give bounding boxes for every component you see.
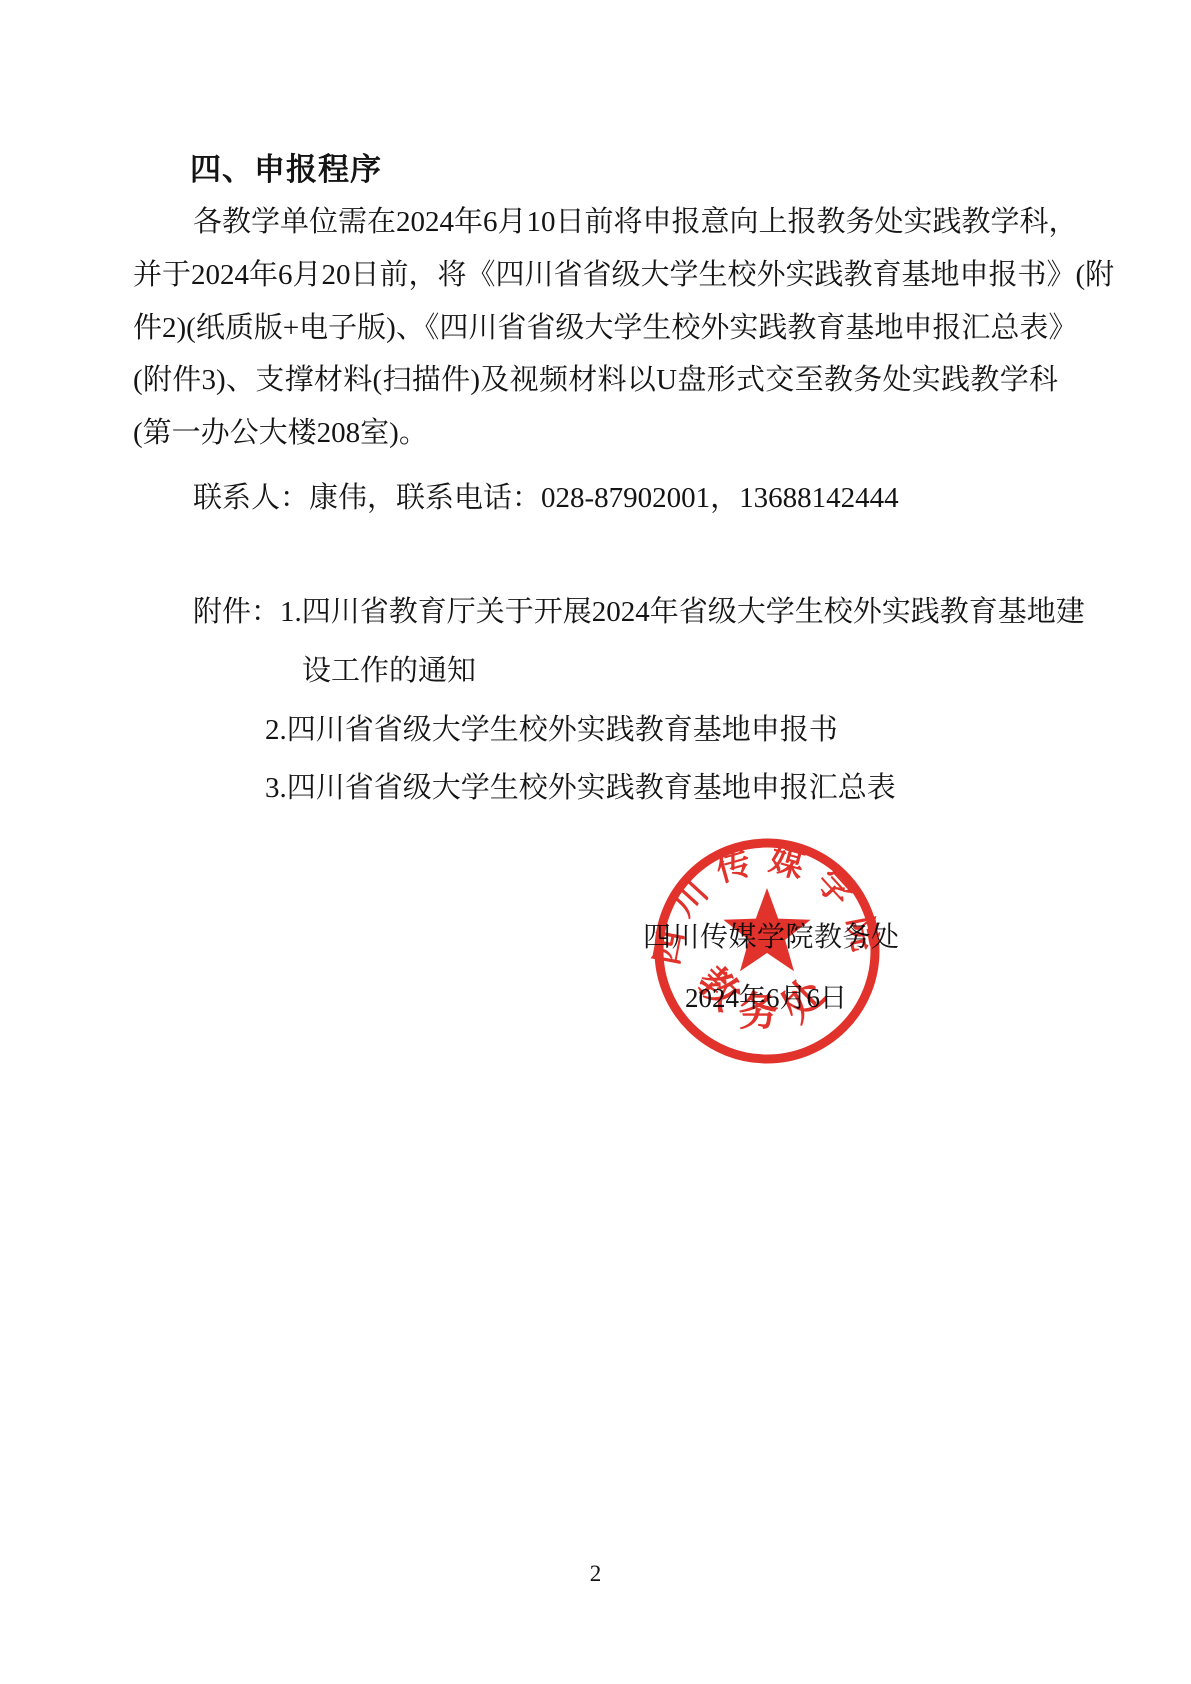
official-seal: 四川传媒学院 教务处 (650, 833, 882, 1065)
paragraph-line: (附件3)、支撑材料(扫描件)及视频材料以U盘形式交至教务处实践教学科 (133, 354, 1058, 407)
attachment-line: 3.四川省省级大学生校外实践教育基地申报汇总表 (133, 759, 1093, 818)
seal-bottom-text: 教务处 (689, 958, 846, 1034)
attachments-list: 附件：1.四川省教育厅关于开展2024年省级大学生校外实践教育基地建 设工作的通… (133, 583, 1093, 818)
main-paragraph: 各教学单位需在2024年6月10日前将申报意向上报教务处实践教学科， 并于202… (133, 196, 1058, 460)
document-page: 四、申报程序 各教学单位需在2024年6月10日前将申报意向上报教务处实践教学科… (0, 0, 1191, 1684)
attachment-line: 附件：1.四川省教育厅关于开展2024年省级大学生校外实践教育基地建 (133, 583, 1093, 642)
paragraph-line: 件2)(纸质版+电子版)、《四川省省级大学生校外实践教育基地申报汇总表》 (133, 302, 1058, 355)
section-heading: 四、申报程序 (190, 144, 382, 189)
page-number: 2 (0, 1561, 1191, 1587)
seal-bottom-text-holder: 教务处 (689, 958, 846, 1034)
paragraph-line: 并于2024年6月20日前，将《四川省省级大学生校外实践教育基地申报书》(附 (133, 249, 1058, 302)
paragraph-line: (第一办公大楼208室)。 (133, 407, 1058, 460)
seal-star-icon (723, 888, 810, 971)
paragraph-line: 各教学单位需在2024年6月10日前将申报意向上报教务处实践教学科， (133, 196, 1058, 249)
attachment-line: 2.四川省省级大学生校外实践教育基地申报书 (133, 701, 1093, 760)
contact-line: 联系人：康伟，联系电话：028-87902001，13688142444 (133, 472, 1058, 525)
attachment-line: 设工作的通知 (133, 642, 1093, 701)
